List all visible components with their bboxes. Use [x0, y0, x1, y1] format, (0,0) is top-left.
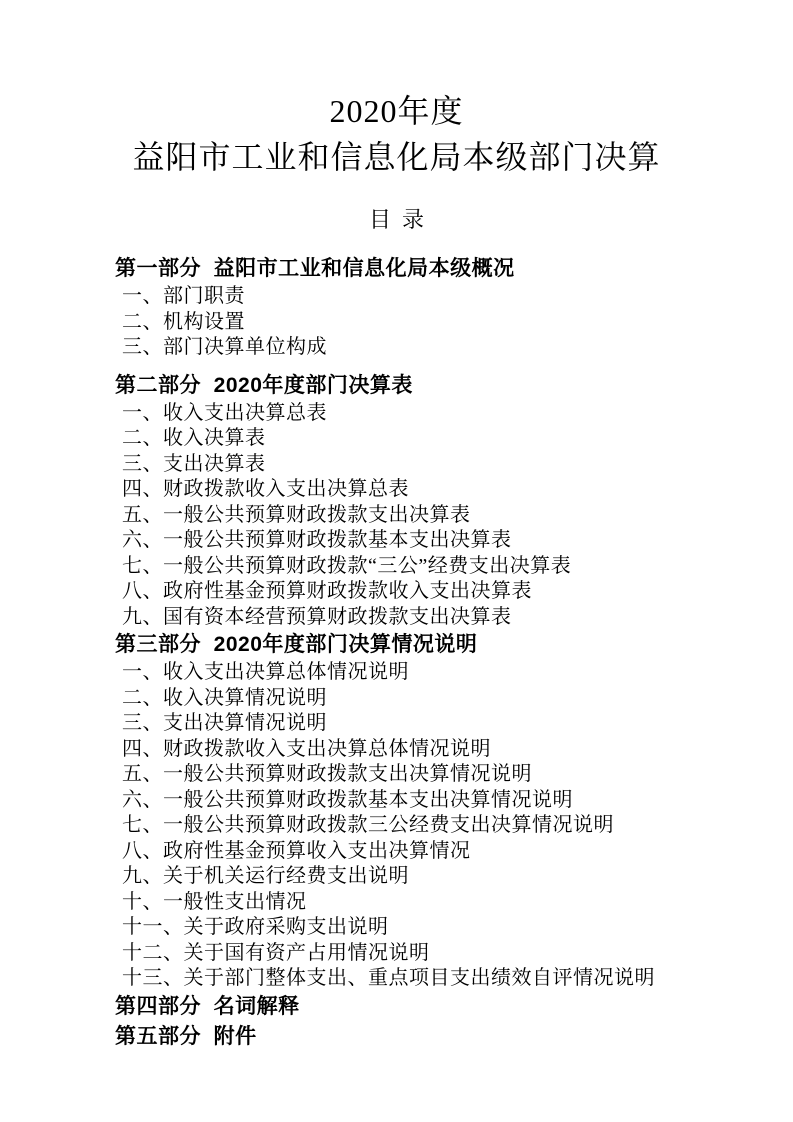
toc-item: 八、政府性基金预算财政拨款收入支出决算表 — [115, 579, 723, 605]
toc-item: 五、一般公共预算财政拨款支出决算情况说明 — [115, 762, 723, 788]
toc-item: 一、收入支出决算总表 — [115, 401, 723, 427]
toc-item: 十、一般性支出情况 — [115, 890, 723, 916]
toc-section-heading-4: 第四部分 名词解释 — [115, 992, 723, 1022]
doc-title-year: 2020年度 — [0, 88, 793, 134]
toc-item: 四、财政拨款收入支出决算总体情况说明 — [115, 737, 723, 763]
toc-item: 二、收入决算情况说明 — [115, 686, 723, 712]
toc-section-heading-5: 第五部分 附件 — [115, 1022, 723, 1052]
toc-item: 九、关于机关运行经费支出说明 — [115, 864, 723, 890]
document-page: 2020年度 益阳市工业和信息化局本级部门决算 目 录 第一部分 益阳市工业和信… — [0, 0, 793, 1122]
toc-item: 四、财政拨款收入支出决算总表 — [115, 477, 723, 503]
toc-item: 三、支出决算情况说明 — [115, 711, 723, 737]
toc-item: 八、政府性基金预算收入支出决算情况 — [115, 839, 723, 865]
toc-item: 十二、关于国有资产占用情况说明 — [115, 941, 723, 967]
doc-title-name: 益阳市工业和信息化局本级部门决算 — [0, 134, 793, 180]
toc-item: 二、机构设置 — [115, 310, 723, 336]
toc-item: 一、部门职责 — [115, 284, 723, 310]
toc-item: 三、支出决算表 — [115, 452, 723, 478]
toc-item: 十一、关于政府采购支出说明 — [115, 915, 723, 941]
toc-item: 十三、关于部门整体支出、重点项目支出绩效自评情况说明 — [115, 966, 723, 992]
toc-item: 九、国有资本经营预算财政拨款支出决算表 — [115, 605, 723, 631]
toc-title: 目 录 — [0, 206, 793, 234]
table-of-contents: 第一部分 益阳市工业和信息化局本级概况一、部门职责二、机构设置三、部门决算单位构… — [0, 254, 793, 1052]
toc-section-heading-1: 第一部分 益阳市工业和信息化局本级概况 — [115, 254, 723, 284]
toc-item: 一、收入支出决算总体情况说明 — [115, 660, 723, 686]
toc-item: 二、收入决算表 — [115, 426, 723, 452]
toc-section-heading-3: 第三部分 2020年度部门决算情况说明 — [115, 630, 723, 660]
toc-item: 三、部门决算单位构成 — [115, 335, 723, 361]
toc-item: 六、一般公共预算财政拨款基本支出决算情况说明 — [115, 788, 723, 814]
toc-item: 六、一般公共预算财政拨款基本支出决算表 — [115, 528, 723, 554]
toc-item: 五、一般公共预算财政拨款支出决算表 — [115, 503, 723, 529]
toc-item: 七、一般公共预算财政拨款“三公”经费支出决算表 — [115, 554, 723, 580]
toc-section-heading-2: 第二部分 2020年度部门决算表 — [115, 371, 723, 401]
toc-item: 七、一般公共预算财政拨款三公经费支出决算情况说明 — [115, 813, 723, 839]
